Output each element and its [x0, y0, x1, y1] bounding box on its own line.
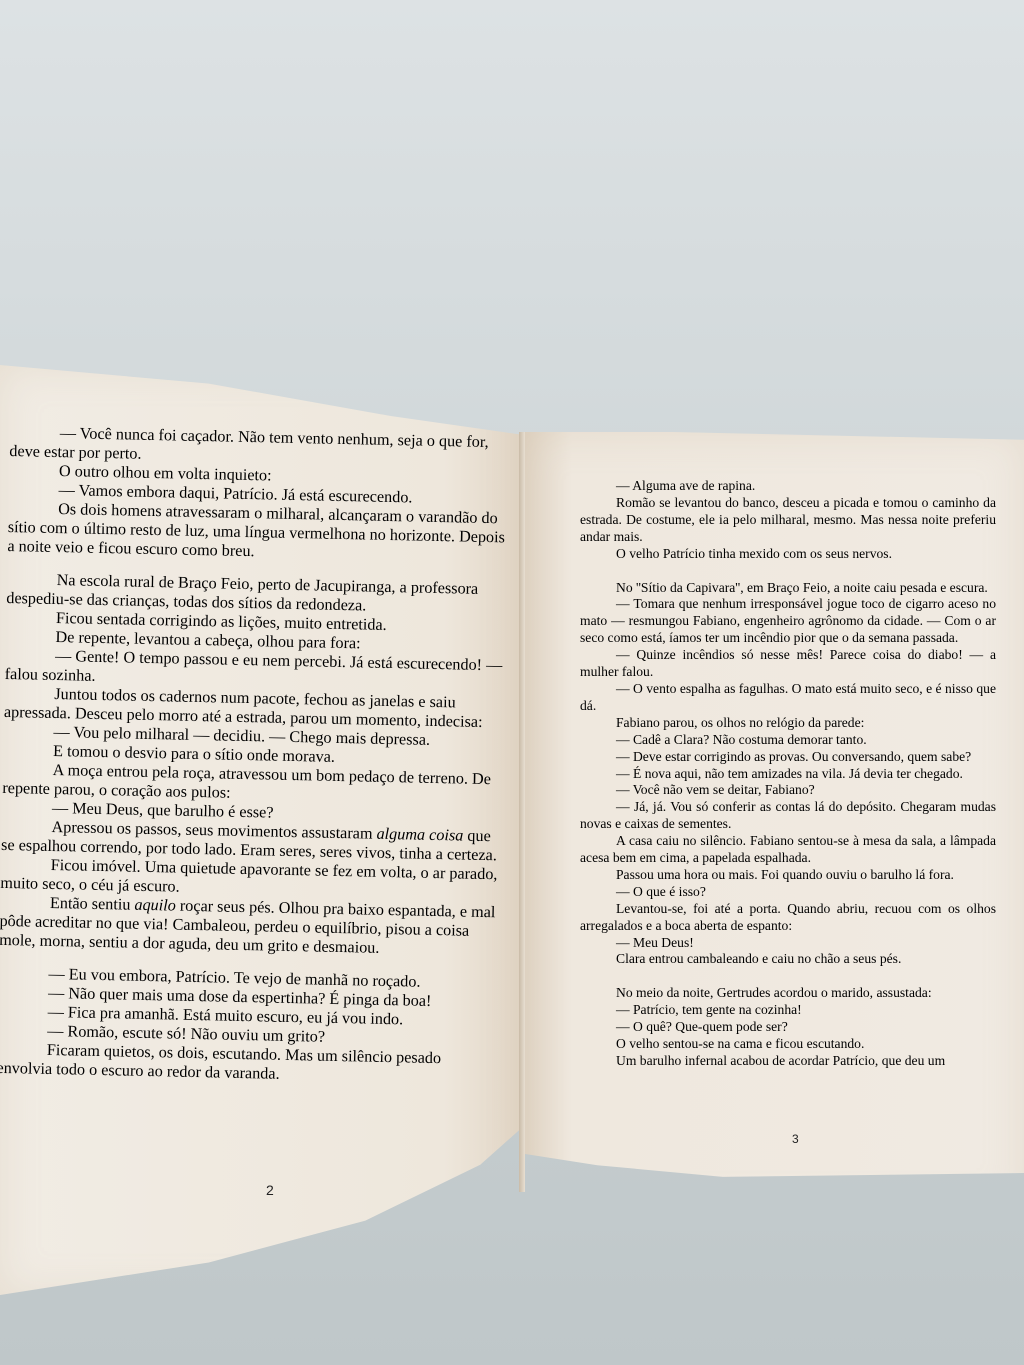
paragraph: — Você não vem se deitar, Fabiano?: [580, 782, 996, 799]
section-break: [580, 968, 996, 985]
paragraph: O velho sentou-se na cama e ficou escuta…: [580, 1036, 996, 1053]
paragraph: Levantou-se, foi até a porta. Quando abr…: [580, 901, 996, 935]
paragraph: Então sentiu aquilo roçar seus pés. Olho…: [0, 893, 500, 960]
paragraph: Clara entrou cambaleando e caiu no chão …: [580, 951, 996, 968]
paragraph: — O que é isso?: [580, 884, 996, 901]
paragraph: No ''Sítio da Capivara'', em Braço Feio,…: [580, 580, 996, 597]
right-page-text: — Alguma ave de rapina. Romão se levanto…: [580, 478, 996, 1070]
paragraph: A casa caiu no silêncio. Fabiano sentou-…: [580, 833, 996, 867]
italic-text: alguma coisa: [376, 825, 463, 845]
paragraph: — É nova aqui, não tem amizades na vila.…: [580, 766, 996, 783]
paragraph: — Cadê a Clara? Não costuma demorar tant…: [580, 732, 996, 749]
paragraph: — O vento espalha as fagulhas. O mato es…: [580, 681, 996, 715]
text-span: Então sentiu: [50, 894, 135, 914]
page-number-left: 2: [266, 1182, 274, 1198]
paragraph: — Alguma ave de rapina.: [580, 478, 996, 495]
paragraph: Os dois homens atravessaram o milharal, …: [7, 499, 508, 566]
paragraph: — Já, já. Vou só conferir as contas lá d…: [580, 799, 996, 833]
section-break: [580, 563, 996, 580]
page-number-right: 3: [792, 1132, 799, 1146]
paragraph: No meio da noite, Gertrudes acordou o ma…: [580, 985, 996, 1002]
paragraph: — Tomara que nenhum irresponsável jogue …: [580, 596, 996, 647]
book-gutter: [519, 432, 525, 1192]
paragraph: — Quinze incêndios só nesse mês! Parece …: [580, 647, 996, 681]
paragraph: Um barulho infernal acabou de acordar Pa…: [580, 1053, 996, 1070]
paragraph: — Meu Deus!: [580, 935, 996, 952]
paragraph: O velho Patrício tinha mexido com os seu…: [580, 546, 996, 563]
paragraph: — O quê? Que-quem pode ser?: [580, 1019, 996, 1036]
paragraph: — Deve estar corrigindo as provas. Ou co…: [580, 749, 996, 766]
paragraph: — Patrício, tem gente na cozinha!: [580, 1002, 996, 1019]
paragraph: Fabiano parou, os olhos no relógio da pa…: [580, 715, 996, 732]
left-page-text: — Você nunca foi caçador. Não tem vento …: [0, 423, 510, 1088]
paragraph: Romão se levantou do banco, desceu a pic…: [580, 495, 996, 546]
paragraph: Passou uma hora ou mais. Foi quando ouvi…: [580, 867, 996, 884]
italic-text: aquilo: [134, 896, 176, 915]
